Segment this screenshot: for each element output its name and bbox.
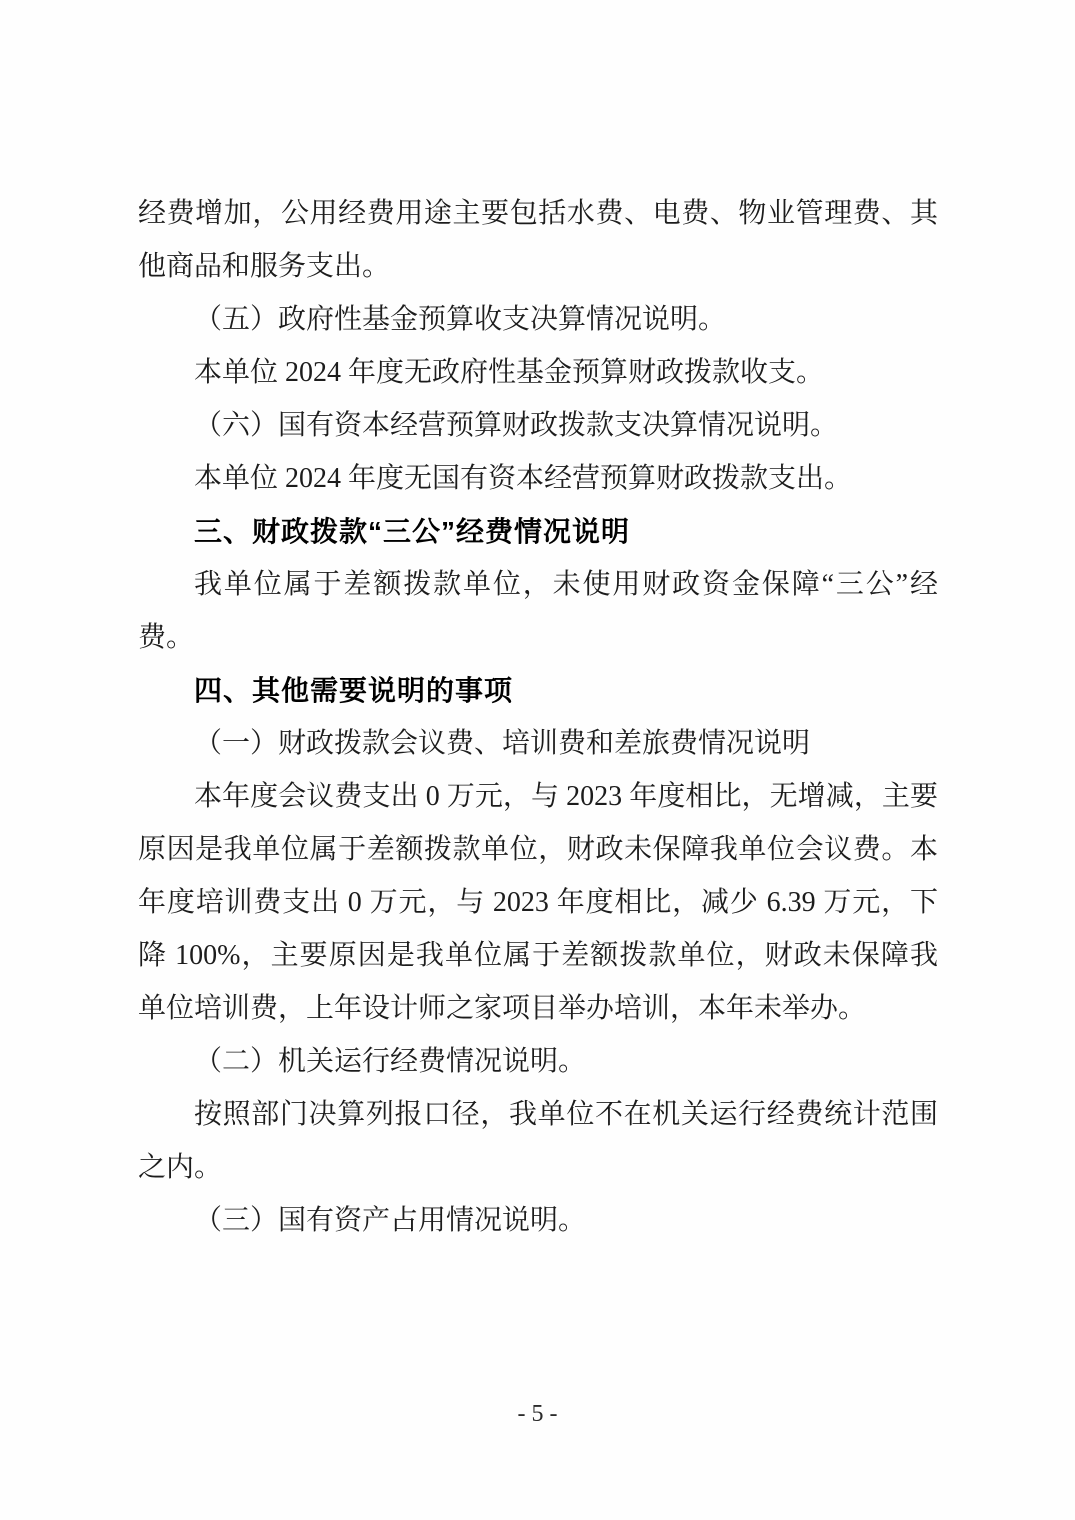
document-page: 经费增加，公用经费用途主要包括水费、电费、物业管理费、其他商品和服务支出。 （五… xyxy=(0,0,1075,1520)
heading-section-4-other-matters: 四、其他需要说明的事项 xyxy=(138,664,938,717)
paragraph-item-5-title: （五）政府性基金预算收支决算情况说明。 xyxy=(138,293,938,346)
heading-section-3-three-public-funds: 三、财政拨款“三公”经费情况说明 xyxy=(138,505,938,558)
paragraph-item-6-title: （六）国有资本经营预算财政拨款支决算情况说明。 xyxy=(138,399,938,452)
paragraph-public-expense-continuation: 经费增加，公用经费用途主要包括水费、电费、物业管理费、其他商品和服务支出。 xyxy=(138,187,938,293)
paragraph-item-1-title: （一）财政拨款会议费、培训费和差旅费情况说明 xyxy=(138,717,938,770)
page-number: - 5 - xyxy=(0,1401,1075,1428)
paragraph-operating-expense-body: 按照部门决算列报口径，我单位不在机关运行经费统计范围之内。 xyxy=(138,1088,938,1194)
paragraph-meeting-training-travel-body: 本年度会议费支出 0 万元，与 2023 年度相比，无增减，主要原因是我单位属于… xyxy=(138,770,938,1035)
paragraph-item-6-body: 本单位 2024 年度无国有资本经营预算财政拨款支出。 xyxy=(138,452,938,505)
paragraph-item-5-body: 本单位 2024 年度无政府性基金预算财政拨款收支。 xyxy=(138,346,938,399)
paragraph-item-2-title: （二）机关运行经费情况说明。 xyxy=(138,1035,938,1088)
paragraph-item-3-title: （三）国有资产占用情况说明。 xyxy=(138,1194,938,1247)
paragraph-three-public-funds-body: 我单位属于差额拨款单位，未使用财政资金保障“三公”经费。 xyxy=(138,558,938,664)
document-body: 经费增加，公用经费用途主要包括水费、电费、物业管理费、其他商品和服务支出。 （五… xyxy=(138,187,938,1247)
